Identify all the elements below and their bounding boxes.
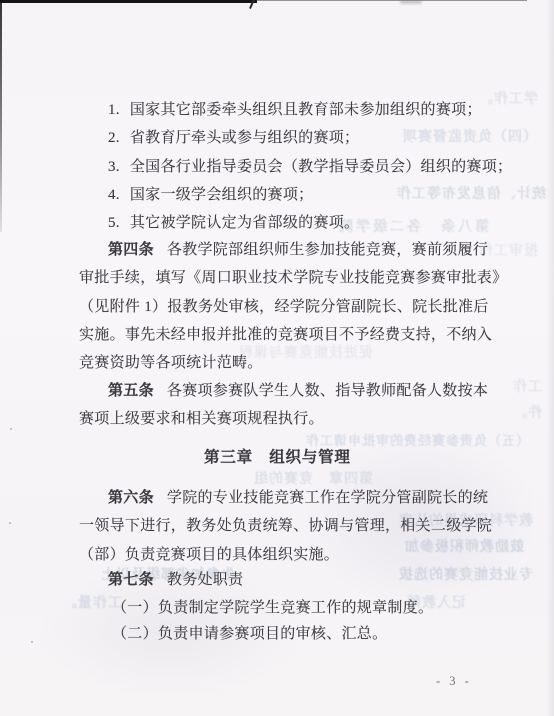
paragraph-line: （部）负责竞赛项目的具体组织实施。 bbox=[79, 541, 519, 569]
list-item: 4.国家一级学会组织的赛项； bbox=[79, 181, 519, 209]
list-item-number: 5. bbox=[108, 215, 120, 231]
list-item-text: 国家其它部委牵头组织且教育部未参加组织的赛项； bbox=[130, 102, 482, 118]
article-7-paragraph: 第七条教务处职责 bbox=[79, 566, 519, 594]
paragraph-line: 第七条教务处职责 bbox=[79, 566, 519, 594]
sub-item-text: （一）负责制定学院学生竞赛工作的规章制度。 bbox=[79, 594, 519, 622]
scan-smudge bbox=[400, 0, 422, 4]
article-5-paragraph: 第五条各赛项参赛队学生人数、指导教师配备人数按本 赛项上级要求和相关赛项规程执行… bbox=[79, 377, 519, 434]
competition-category-list: 1.国家其它部委牵头组织且教育部未参加组织的赛项； 2.省教育厅牵头或参与组织的… bbox=[79, 96, 519, 237]
paragraph-text: 教务处职责 bbox=[167, 572, 244, 588]
article-7-sub-item-1: （一）负责制定学院学生竞赛工作的规章制度。 bbox=[79, 594, 519, 622]
scan-speck bbox=[9, 522, 11, 524]
article-6-label: 第六条 bbox=[108, 490, 154, 506]
list-item: 1.国家其它部委牵头组织且教育部未参加组织的赛项； bbox=[79, 96, 519, 124]
scan-right-shading bbox=[546, 0, 554, 716]
paragraph-line: 第四条各教学院部组织师生参加技能竞赛，赛前须履行 bbox=[79, 236, 519, 264]
chapter-3-heading: 第三章 组织与管理 bbox=[204, 444, 464, 472]
paragraph-text: 各赛项参赛队学生人数、指导教师配备人数按本 bbox=[167, 383, 488, 399]
list-item: 3.全国各行业指导委员会（教学指导委员会）组织的赛项； bbox=[79, 153, 519, 181]
list-item: 2.省教育厅牵头或参与组织的赛项； bbox=[79, 124, 519, 152]
paragraph-text: 学院的专业技能竞赛工作在学院分管副院长的统 bbox=[167, 490, 488, 506]
list-item-number: 4. bbox=[108, 187, 120, 203]
scan-top-edge-line bbox=[257, 0, 527, 1]
scan-left-edge-line bbox=[0, 0, 2, 232]
paragraph-line: （见附件 1）报教务处审核，经学院分管副院长、院长批准后 bbox=[79, 293, 519, 321]
list-item-text: 全国各行业指导委员会（教学指导委员会）组织的赛项； bbox=[130, 159, 513, 175]
paragraph-line: 竞赛资助等各项统计范畴。 bbox=[79, 349, 519, 377]
scan-top-edge-bar bbox=[0, 0, 257, 3]
list-item-text: 省教育厅牵头或参与组织的赛项； bbox=[130, 130, 360, 146]
article-5-label: 第五条 bbox=[108, 383, 154, 399]
article-4-paragraph: 第四条各教学院部组织师生参加技能竞赛，赛前须履行 审批手续，填写《周口职业技术学… bbox=[79, 236, 519, 377]
chapter-heading-text: 第三章 组织与管理 bbox=[204, 444, 464, 472]
article-7-label: 第七条 bbox=[108, 572, 154, 588]
paragraph-text: 各教学院部组织师生参加技能竞赛，赛前须履行 bbox=[167, 242, 488, 258]
paragraph-line: 赛项上级要求和相关赛项规程执行。 bbox=[79, 405, 519, 433]
paragraph-line: 一领导下进行，教务处负责统筹、协调与管理，相关二级学院 bbox=[79, 512, 519, 540]
list-item: 5.其它被学院认定为省部级的赛项。 bbox=[79, 209, 519, 237]
page-number: - 3 - bbox=[436, 674, 472, 689]
list-item-number: 2. bbox=[108, 130, 120, 146]
scan-speck bbox=[10, 428, 12, 430]
sub-item-text: （二）负责申请参赛项目的审核、汇总。 bbox=[79, 620, 519, 648]
list-item-number: 1. bbox=[108, 102, 120, 118]
article-7-sub-item-2: （二）负责申请参赛项目的审核、汇总。 bbox=[79, 620, 519, 648]
paragraph-line: 实施。事先未经申报并批准的竞赛项目不予经费支持，不纳入 bbox=[79, 321, 519, 349]
paragraph-line: 第六条学院的专业技能竞赛工作在学院分管副院长的统 bbox=[79, 484, 519, 512]
list-item-text: 其它被学院认定为省部级的赛项。 bbox=[130, 215, 360, 231]
list-item-number: 3. bbox=[108, 159, 120, 175]
paragraph-line: 第五条各赛项参赛队学生人数、指导教师配备人数按本 bbox=[79, 377, 519, 405]
scan-speck bbox=[31, 641, 33, 643]
article-6-paragraph: 第六条学院的专业技能竞赛工作在学院分管副院长的统 一领导下进行，教务处负责统筹、… bbox=[79, 484, 519, 569]
scanned-document-page: 学工作。 （四）负责监督赛项 统计、信息发布等工作 第八条 各二级学院 报审工作… bbox=[0, 0, 554, 716]
article-4-label: 第四条 bbox=[108, 242, 154, 258]
paragraph-line: 审批手续，填写《周口职业技术学院专业技能竞赛参赛审批表》 bbox=[79, 264, 519, 292]
list-item-text: 国家一级学会组织的赛项； bbox=[130, 187, 314, 203]
